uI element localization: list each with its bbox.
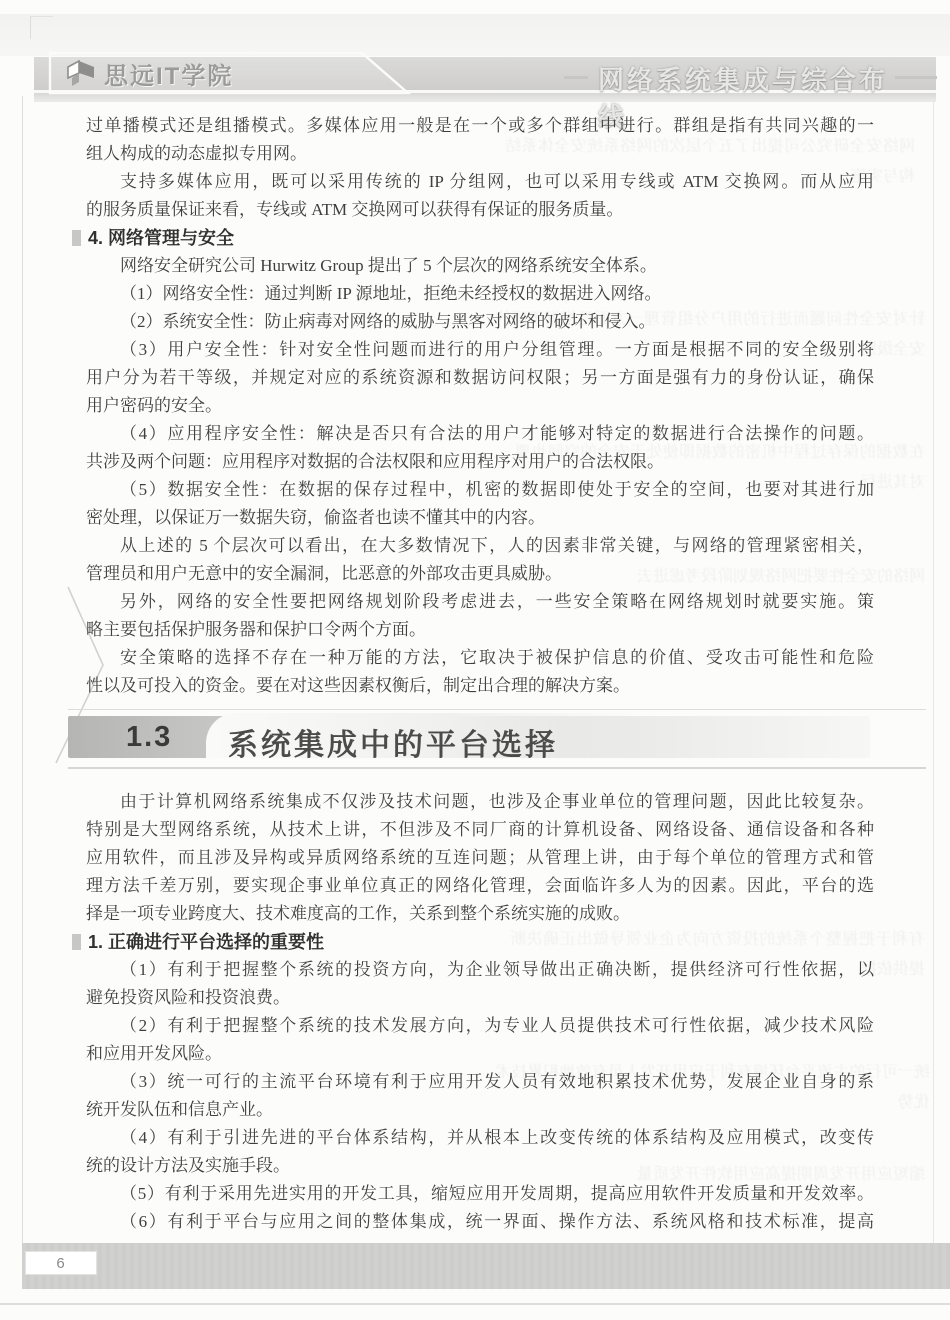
heading-bullet-icon	[72, 934, 81, 950]
text-line: 的服务质量保证来看，专线或 ATM 交换网可以获得有保证的服务质量。	[86, 196, 874, 224]
section-title: 系统集成中的平台选择	[228, 720, 558, 764]
page-edge-line-left	[22, 96, 23, 1246]
subsection-heading-text: 1. 正确进行平台选择的重要性	[88, 932, 324, 952]
text-line: （5）有利于采用先进实用的开发工具，缩短应用开发周期，提高应用软件开发质量和开发…	[86, 1180, 874, 1208]
heading-bullet-icon	[72, 230, 81, 246]
text-line: 支持多媒体应用，既可以采用传统的 IP 分组网，也可以采用专线或 ATM 交换网…	[86, 168, 874, 196]
subsection-heading-text: 4. 网络管理与安全	[88, 228, 234, 248]
text-line: （3）用户安全性：针对安全性问题而进行的用户分组管理。一方面是根据不同的安全级别…	[86, 336, 874, 364]
scan-bottom-edge-line	[0, 1303, 950, 1305]
page-edge-line-right	[933, 58, 934, 1248]
page-number: 6	[56, 1255, 65, 1272]
section-number: 1.3	[126, 721, 172, 754]
subsection-heading: 4. 网络管理与安全	[72, 224, 874, 252]
text-line: 组人构成的动态虚拟专用网。	[86, 140, 874, 168]
text-line: 过单播模式还是组播模式。多媒体应用一般是在一个或多个群组中进行。群组是指有共同兴…	[86, 112, 874, 140]
text-line: 应用软件，而且涉及异构或异质网络系统的互连问题；从管理上讲，由于每个单位的管理方…	[86, 844, 874, 872]
text-line: 性以及可投入的资金。要在对这些因素权衡后，制定出合理的解决方案。	[86, 672, 874, 700]
scanned-book-page: 网络安全研究公司提出了五个层次的网络系统安全体系结构与实施 针对安全性问题而进行…	[0, 0, 950, 1320]
body-text: 过单播模式还是组播模式。多媒体应用一般是在一个或多个群组中进行。群组是指有共同兴…	[86, 112, 874, 1236]
text-line: 密处理，以保证万一数据失窃，偷盗者也读不懂其中的内容。	[86, 504, 874, 532]
flag-logo-icon	[66, 60, 96, 87]
text-line: 从上述的 5 个层次可以看出，在大多数情况下，人的因素非常关键，与网络的管理紧密…	[86, 532, 874, 560]
text-line: （5）数据安全性：在数据的保存过程中，机密的数据即使处于安全的空间，也要对其进行…	[86, 476, 874, 504]
section-band: 1.3 系统集成中的平台选择	[68, 716, 870, 758]
text-line: 管理员和用户无意中的安全漏洞，比恶意的外部攻击更具威胁。	[86, 560, 874, 588]
text-line: 另外，网络的安全性要把网络规划阶段考虑进去，一些安全策略在网络规划时就要实施。策	[86, 588, 874, 616]
text-line: 统开发队伍和信息产业。	[86, 1096, 874, 1124]
section-heading-band: 1.3 系统集成中的平台选择	[86, 709, 874, 771]
text-line: （3）统一可行的主流平台环境有利于应用开发人员有效地积累技术优势，发展企业自身的…	[86, 1068, 874, 1096]
title-dash-left	[564, 76, 588, 79]
publisher-logo: 思远IT学院	[66, 56, 233, 91]
section-rule-top	[68, 709, 926, 710]
text-line: （4）有利于引进先进的平台体系结构，并从根本上改变传统的体系结构及应用模式，改变…	[86, 1124, 874, 1152]
text-line: 安全策略的选择不存在一种万能的方法，它取决于被保护信息的价值、受攻击可能性和危险	[86, 644, 874, 672]
subsection-heading: 1. 正确进行平台选择的重要性	[72, 928, 874, 956]
footer-band	[22, 1243, 950, 1289]
page-corner-mark	[30, 16, 53, 39]
text-line: 择是一项专业跨度大、技术难度高的工作，关系到整个系统实施的成败。	[86, 900, 874, 928]
text-line: 特别是大型网络系统，从技术上讲，不但涉及不同厂商的计算机设备、网络设备、通信设备…	[86, 816, 874, 844]
text-line: 用户密码的安全。	[86, 392, 874, 420]
text-line: （4）应用程序安全性：解决是否只有合法的用户才能够对特定的数据进行合法操作的问题…	[86, 420, 874, 448]
title-dash-right	[895, 76, 937, 79]
text-line: （2）有利于把握整个系统的技术发展方向，为专业人员提供技术可行性依据，减少技术风…	[86, 1012, 874, 1040]
text-line: 避免投资风险和投资浪费。	[86, 984, 874, 1012]
text-line: 用户分为若干等级，并规定对应的系统资源和数据访问权限；另一方面是强有力的身份认证…	[86, 364, 874, 392]
text-line: （6）有利于平台与应用之间的整体集成，统一界面、操作方法、系统风格和技术标准，提…	[86, 1208, 874, 1236]
text-line: 统的设计方法及实施手段。	[86, 1152, 874, 1180]
text-line: 由于计算机网络系统集成不仅涉及技术问题，也涉及企事业单位的管理问题，因此比较复杂…	[86, 788, 874, 816]
text-line: （1）网络安全性：通过判断 IP 源地址，拒绝未经授权的数据进入网络。	[86, 280, 874, 308]
text-line: 网络安全研究公司 Hurwitz Group 提出了 5 个层次的网络系统安全体…	[86, 252, 874, 280]
section-rule-bottom	[68, 767, 926, 769]
text-line: 理方法千差万别，要实现企事业单位真正的网络化管理，会面临许多人为的因素。因此，平…	[86, 872, 874, 900]
text-line: 共涉及两个问题：应用程序对数据的合法权限和应用程序对用户的合法权限。	[86, 448, 874, 476]
logo-text: 思远IT学院	[104, 56, 233, 91]
text-line: （1）有利于把握整个系统的投资方向，为企业领导做出正确决断，提供经济可行性依据，…	[86, 956, 874, 984]
text-line: （2）系统安全性：防止病毒对网络的威胁与黑客对网络的破坏和侵入。	[86, 308, 874, 336]
text-line: 略主要包括保护服务器和保护口令两个方面。	[86, 616, 874, 644]
page-number-box: 6	[25, 1251, 97, 1275]
text-line: 和应用开发风险。	[86, 1040, 874, 1068]
